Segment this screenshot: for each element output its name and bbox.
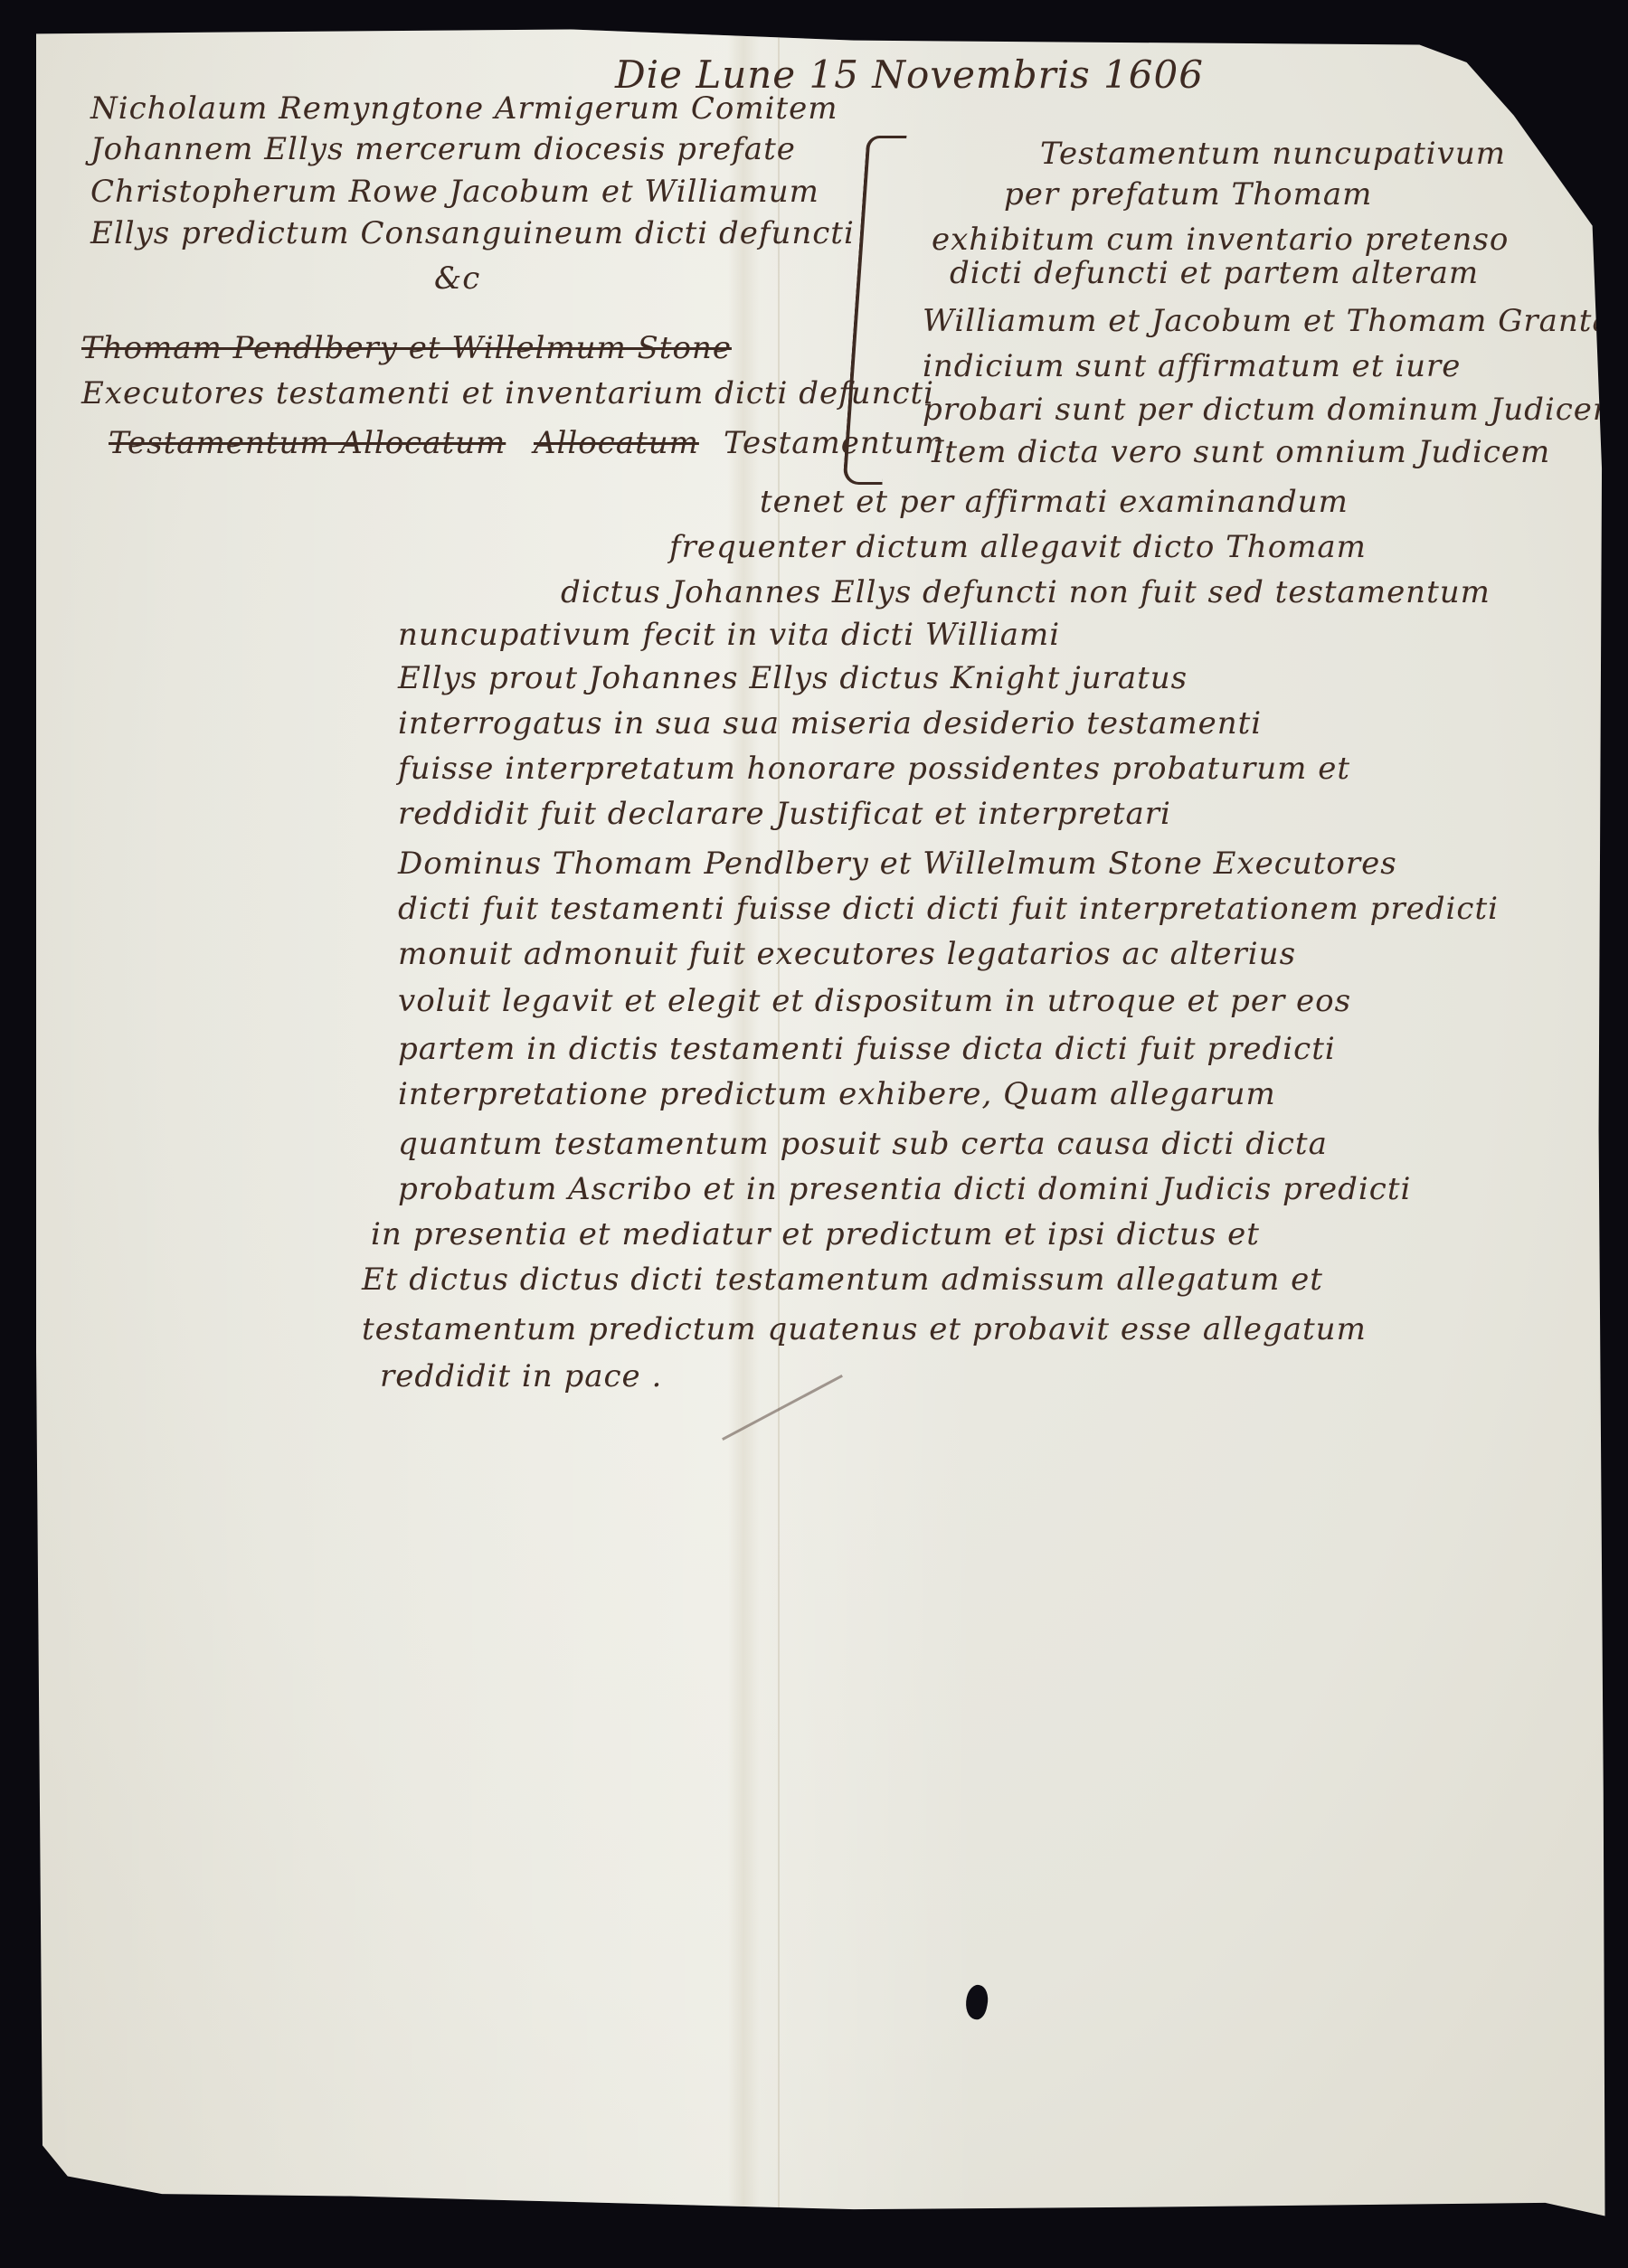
right-line-8: Item dicta vero sunt omnium Judicem bbox=[932, 434, 1550, 470]
body-line-12: voluit legavit et elegit et dispositum i… bbox=[398, 983, 1351, 1019]
left-struck-2: Executores testamenti et inventarium dic… bbox=[81, 375, 934, 411]
right-line-2: per prefatum Thomam bbox=[1004, 176, 1372, 213]
body-line-17: in presentia et mediatur et predictum et… bbox=[371, 1216, 1260, 1252]
worm-hole bbox=[962, 1983, 990, 2021]
left-line-5: &c bbox=[434, 260, 480, 297]
body-line-11: monuit admonuit fuit executores legatari… bbox=[398, 936, 1296, 972]
right-line-3: exhibitum cum inventario pretenso bbox=[932, 222, 1509, 258]
body-line-20: reddidit in pace . bbox=[380, 1358, 662, 1394]
body-line-14: interpretatione predictum exhibere, Quam… bbox=[398, 1076, 1276, 1112]
left-struck-1: Thomam Pendlbery et Willelmum Stone bbox=[81, 330, 732, 366]
right-line-5: Williamum et Jacobum et Thomam Grantam bbox=[923, 303, 1628, 339]
left-line-3: Christopherum Rowe Jacobum et Williamum bbox=[90, 174, 819, 210]
left-struck-4: Allocatum bbox=[534, 425, 699, 461]
body-line-2: frequenter dictum allegavit dicto Thomam bbox=[669, 529, 1367, 565]
body-line-4: nuncupativum fecit in vita dicti William… bbox=[398, 617, 1060, 653]
body-line-1: tenet et per affirmati examinandum bbox=[760, 484, 1349, 520]
body-line-10: dicti fuit testamenti fuisse dicti dicti… bbox=[398, 891, 1499, 927]
body-line-15: quantum testamentum posuit sub certa cau… bbox=[398, 1126, 1328, 1162]
left-line-4: Ellys predictum Consanguineum dicti defu… bbox=[90, 215, 855, 251]
body-line-13: partem in dictis testamenti fuisse dicta… bbox=[398, 1031, 1336, 1067]
body-line-9: Dominus Thomam Pendlbery et Willelmum St… bbox=[398, 846, 1397, 882]
body-line-18: Et dictus dictus dicti testamentum admis… bbox=[362, 1262, 1323, 1298]
right-line-7: probari sunt per dictum dominum Judicem bbox=[923, 392, 1623, 428]
body-line-16: probatum Ascribo et in presentia dicti d… bbox=[398, 1171, 1411, 1207]
body-line-6: interrogatus in sua sua miseria desideri… bbox=[398, 705, 1262, 742]
left-line-1: Nicholaum Remyngtone Armigerum Comitem bbox=[90, 90, 838, 127]
body-line-3: dictus Johannes Ellys defuncti non fuit … bbox=[561, 574, 1491, 610]
left-struck-suffix: Testamentum bbox=[724, 425, 945, 461]
body-line-5: Ellys prout Johannes Ellys dictus Knight… bbox=[398, 660, 1188, 696]
right-line-6: indicium sunt affirmatum et iure bbox=[923, 348, 1461, 384]
body-line-7: fuisse interpretatum honorare possidente… bbox=[398, 751, 1350, 787]
body-line-8: reddidit fuit declarare Justificat et in… bbox=[398, 796, 1171, 832]
manuscript-page: Die Lune 15 Novembris 1606 Nicholaum Rem… bbox=[36, 27, 1608, 2234]
closing-flourish bbox=[722, 1375, 843, 1441]
left-struck-3: Testamentum Allocatum bbox=[109, 425, 506, 461]
right-line-4: dicti defuncti et partem alteram bbox=[950, 255, 1479, 291]
left-line-2: Johannem Ellys mercerum diocesis prefate bbox=[90, 131, 796, 167]
body-line-19: testamentum predictum quatenus et probav… bbox=[362, 1311, 1367, 1347]
right-line-1: Testamentum nuncupativum bbox=[1040, 136, 1506, 172]
